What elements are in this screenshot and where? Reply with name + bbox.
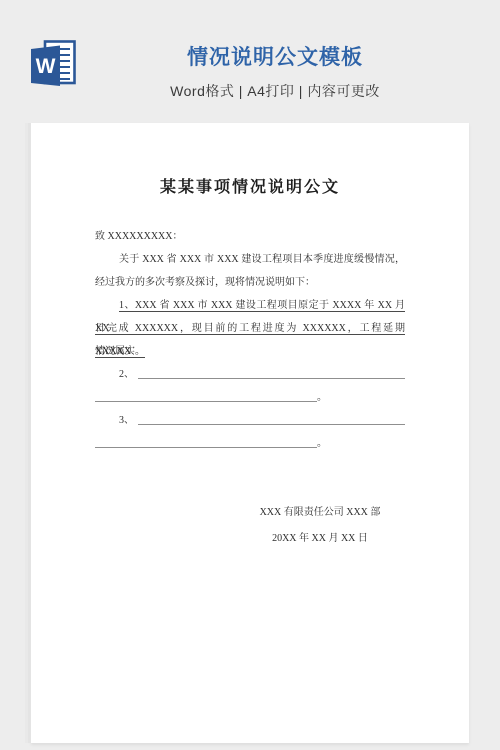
blank-item-label: 2、 <box>95 363 134 386</box>
blank-item-3-row-1: 3、 <box>95 409 405 432</box>
header: W 情况说明公文模板 Word格式 | A4打印 | 内容可更改 <box>0 0 500 123</box>
blank-item-2-row-1: 2、 <box>95 363 405 386</box>
signature-date: 20XX 年 XX 月 XX 日 <box>235 526 405 552</box>
blank-item-period: 。 <box>317 386 327 409</box>
blank-underline <box>95 401 317 402</box>
template-title: 情况说明公文模板 <box>50 41 500 71</box>
signature-company: XXX 有限责任公司 XXX 部 <box>235 500 405 526</box>
signature-block: XXX 有限责任公司 XXX 部 20XX 年 XX 月 XX 日 <box>95 500 405 552</box>
doc-line: 经过我方的多次考察及探讨，现将情况说明如下： <box>95 271 405 294</box>
header-text-block: 情况说明公文模板 Word格式 | A4打印 | 内容可更改 <box>50 41 500 101</box>
doc-line-underlined: 1、XXX 省 XXX 市 XXX 建设工程项目原定于 XXXX 年 XX 月 … <box>95 294 405 317</box>
doc-line-underlined: 情况属实。 <box>95 340 405 363</box>
blank-underline <box>95 447 317 448</box>
blank-item-3-row-2: 。 <box>95 432 405 455</box>
blank-underline <box>138 378 405 379</box>
blank-underline <box>138 424 405 425</box>
document-title: 某某事项情况说明公文 <box>95 177 405 199</box>
doc-line: 关于 XXX 省 XXX 市 XXX 建设工程项目本季度进度缓慢情况， <box>95 248 405 271</box>
document-page: 某某事项情况说明公文 致 XXXXXXXXX： 关于 XXX 省 XXX 市 X… <box>31 123 469 743</box>
template-subtitle: Word格式 | A4打印 | 内容可更改 <box>50 81 500 101</box>
blank-item-label: 3、 <box>95 409 134 432</box>
doc-line-underlined: 日完成 XXXXXX，现目前的工程进度为 XXXXXX，工程延期 XXXXX <box>95 317 405 340</box>
document-content: 某某事项情况说明公文 致 XXXXXXXXX： 关于 XXX 省 XXX 市 X… <box>31 123 469 552</box>
salutation-line: 致 XXXXXXXXX： <box>95 225 405 248</box>
blank-item-period: 。 <box>317 432 327 455</box>
blank-item-2-row-2: 。 <box>95 386 405 409</box>
